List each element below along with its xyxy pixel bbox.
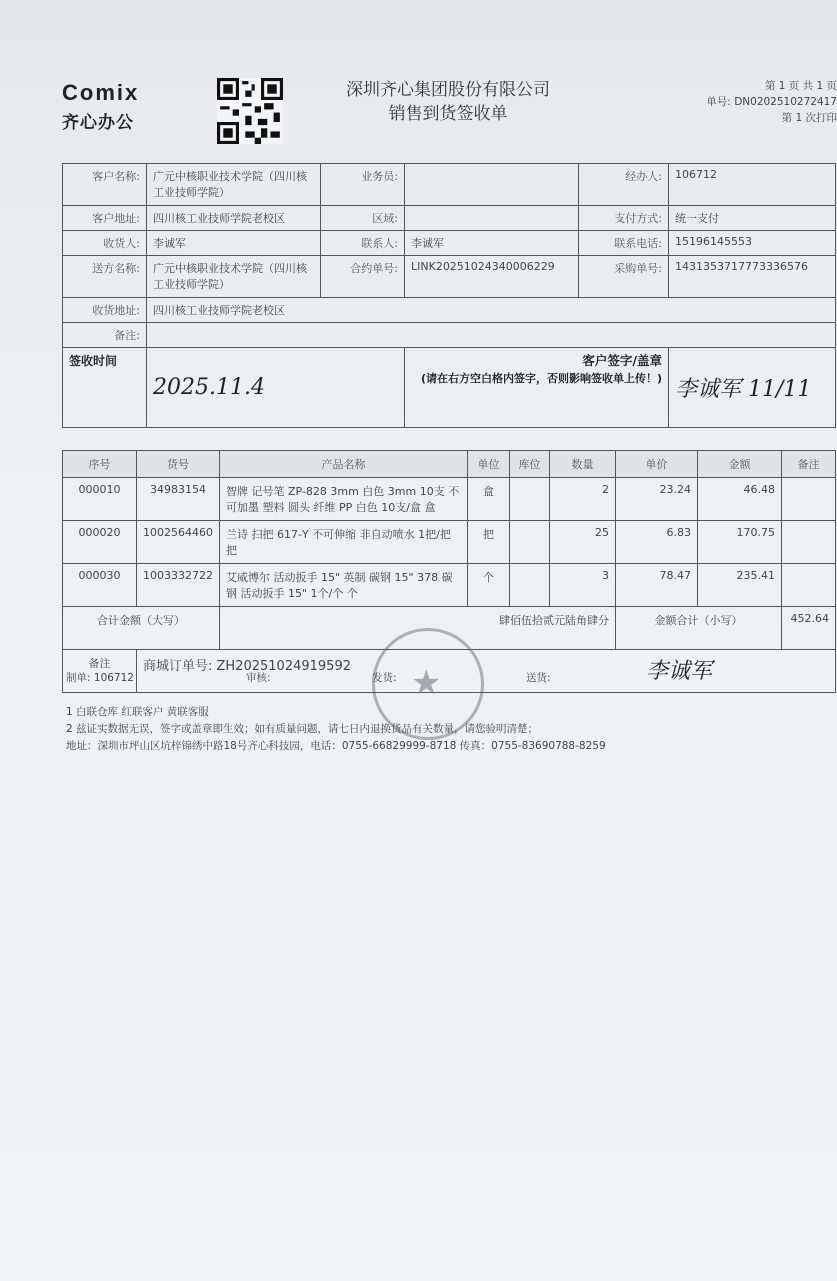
payment: 统一支付 <box>669 206 836 231</box>
column-header: 数量 <box>550 451 616 478</box>
ship-to-label: 送方名称: <box>63 256 147 298</box>
customer-name: 广元中核职业技术学院（四川核工业技师学院） <box>147 164 321 206</box>
customer-address: 四川核工业技师学院老校区 <box>147 206 321 231</box>
page-info: 第 1 页 共 1 页 <box>706 78 837 94</box>
cell-qty: 25 <box>550 521 616 564</box>
maker-label: 制单: <box>66 672 91 684</box>
handler-label: 经办人: <box>579 164 669 206</box>
remark <box>147 323 836 348</box>
shipper-label: 发货: <box>372 670 397 685</box>
column-header: 金额 <box>698 451 782 478</box>
sign-time-handwritten: 2025.11.4 <box>153 375 265 400</box>
payment-label: 支付方式: <box>579 206 669 231</box>
purchase-label: 采购单号: <box>579 256 669 298</box>
deliverer-label: 送货: <box>526 670 551 685</box>
cell-location <box>510 521 550 564</box>
cell-unit: 个 <box>468 564 510 607</box>
doc-no: DN0202510272417 <box>734 96 837 108</box>
cell-price: 78.47 <box>616 564 698 607</box>
brand-name: Comix <box>62 80 139 106</box>
customer-name-label: 客户名称: <box>63 164 147 206</box>
document-title: 销售到货签收单 <box>318 102 578 126</box>
footer-signoff: 制单: 106712 审核: 发货: 送货: 李诚军 <box>66 670 786 685</box>
doc-no-label: 单号: <box>706 96 731 108</box>
cell-amount: 170.75 <box>698 521 782 564</box>
column-header: 备注 <box>782 451 836 478</box>
maker: 106712 <box>94 672 134 684</box>
cell-amount: 46.48 <box>698 478 782 521</box>
cell-seq: 000010 <box>63 478 137 521</box>
cell-unit: 盒 <box>468 478 510 521</box>
cell-price: 23.24 <box>616 478 698 521</box>
delivery-receipt: Comix 齐心办公 深圳齐心集团股份有限公司 销售到货签收单 第 1 页 共 … <box>0 0 837 1281</box>
cell-name: 兰诗 扫把 617-Y 不可伸缩 非自动喷水 1把/把 把 <box>220 521 468 564</box>
note-1: 1 白联仓库 红联客户 黄联客服 <box>66 704 209 719</box>
column-header: 库位 <box>510 451 550 478</box>
cell-qty: 2 <box>550 478 616 521</box>
salesman <box>405 164 579 206</box>
customer-sign-note: (请在右方空白格内签字，否则影响签收单上传！) <box>411 370 662 388</box>
contract-label: 合约单号: <box>321 256 405 298</box>
brand-name-cn: 齐心办公 <box>62 108 139 133</box>
cell-price: 6.83 <box>616 521 698 564</box>
company-address: 地址：深圳市坪山区坑梓锦绣中路18号齐心科技园，电话：0755-66829999… <box>66 738 606 753</box>
region-label: 区域: <box>321 206 405 231</box>
sign-time-label: 签收时间 <box>63 348 147 428</box>
handler: 106712 <box>669 164 836 206</box>
table-row: 00001034983154智牌 记号笔 ZP-828 3mm 白色 3mm 1… <box>63 478 836 521</box>
qr-code-icon <box>217 78 283 144</box>
cell-amount: 235.41 <box>698 564 782 607</box>
contract-no: LINK20251024340006229 <box>405 256 579 298</box>
reviewer-label: 审核: <box>246 670 271 685</box>
total-upper-label: 合计金额（大写） <box>63 607 220 650</box>
document-meta: 第 1 页 共 1 页 单号: DN0202510272417 第 1 次打印 <box>706 78 837 126</box>
table-row: 0000201002564460兰诗 扫把 617-Y 不可伸缩 非自动喷水 1… <box>63 521 836 564</box>
delivery-address-label: 收货地址: <box>63 298 147 323</box>
purchase-no: 1431353717773336576 <box>669 256 836 298</box>
deliverer-signature: 李诚军 <box>646 654 712 685</box>
salesman-label: 业务员: <box>321 164 405 206</box>
column-header: 货号 <box>137 451 220 478</box>
customer-info-table: 客户名称: 广元中核职业技术学院（四川核工业技师学院） 业务员: 经办人: 10… <box>62 163 836 428</box>
cell-name: 智牌 记号笔 ZP-828 3mm 白色 3mm 10支 不可加墨 塑料 圆头 … <box>220 478 468 521</box>
phone-label: 联系电话: <box>579 231 669 256</box>
cell-seq: 000020 <box>63 521 137 564</box>
customer-sign-label: 客户签字/盖章 <box>411 352 662 370</box>
contact-label: 联系人: <box>321 231 405 256</box>
table-row: 0000301003332722艾威博尔 活动扳手 15" 英制 碳钢 15" … <box>63 564 836 607</box>
ship-to: 广元中核职业技术学院（四川核工业技师学院） <box>147 256 321 298</box>
column-header: 单价 <box>616 451 698 478</box>
cell-location <box>510 564 550 607</box>
receiver: 李诚军 <box>147 231 321 256</box>
cell-location <box>510 478 550 521</box>
document-header: 深圳齐心集团股份有限公司 销售到货签收单 <box>318 78 578 126</box>
customer-signature: 李诚军 11/11 <box>675 377 811 402</box>
cell-sku: 34983154 <box>137 478 220 521</box>
cell-unit: 把 <box>468 521 510 564</box>
customer-address-label: 客户地址: <box>63 206 147 231</box>
company-logo: Comix 齐心办公 <box>62 80 139 133</box>
cell-remark <box>782 521 836 564</box>
total-lower: 452.64 <box>782 607 836 650</box>
note-2: 2 兹证实数据无误，签字或盖章即生效；如有质量问题，请七日内退换货品有关数量，请… <box>66 721 538 736</box>
column-header: 单位 <box>468 451 510 478</box>
cell-sku: 1002564460 <box>137 521 220 564</box>
cell-seq: 000030 <box>63 564 137 607</box>
remark-label: 备注: <box>63 323 147 348</box>
column-header: 序号 <box>63 451 137 478</box>
delivery-address: 四川核工业技师学院老校区 <box>147 298 836 323</box>
column-header: 产品名称 <box>220 451 468 478</box>
items-header-row: 序号货号产品名称单位库位数量单价金额备注 <box>63 451 836 478</box>
cell-remark <box>782 564 836 607</box>
cell-name: 艾威博尔 活动扳手 15" 英制 碳钢 15" 378 碳钢 活动扳手 15" … <box>220 564 468 607</box>
phone: 15196145553 <box>669 231 836 256</box>
cell-remark <box>782 478 836 521</box>
total-lower-label: 金额合计（小写） <box>616 607 782 650</box>
contact: 李诚军 <box>405 231 579 256</box>
cell-sku: 1003332722 <box>137 564 220 607</box>
company-name: 深圳齐心集团股份有限公司 <box>318 78 578 102</box>
region <box>405 206 579 231</box>
cell-qty: 3 <box>550 564 616 607</box>
receiver-label: 收货人: <box>63 231 147 256</box>
print-info: 第 1 次打印 <box>706 110 837 126</box>
